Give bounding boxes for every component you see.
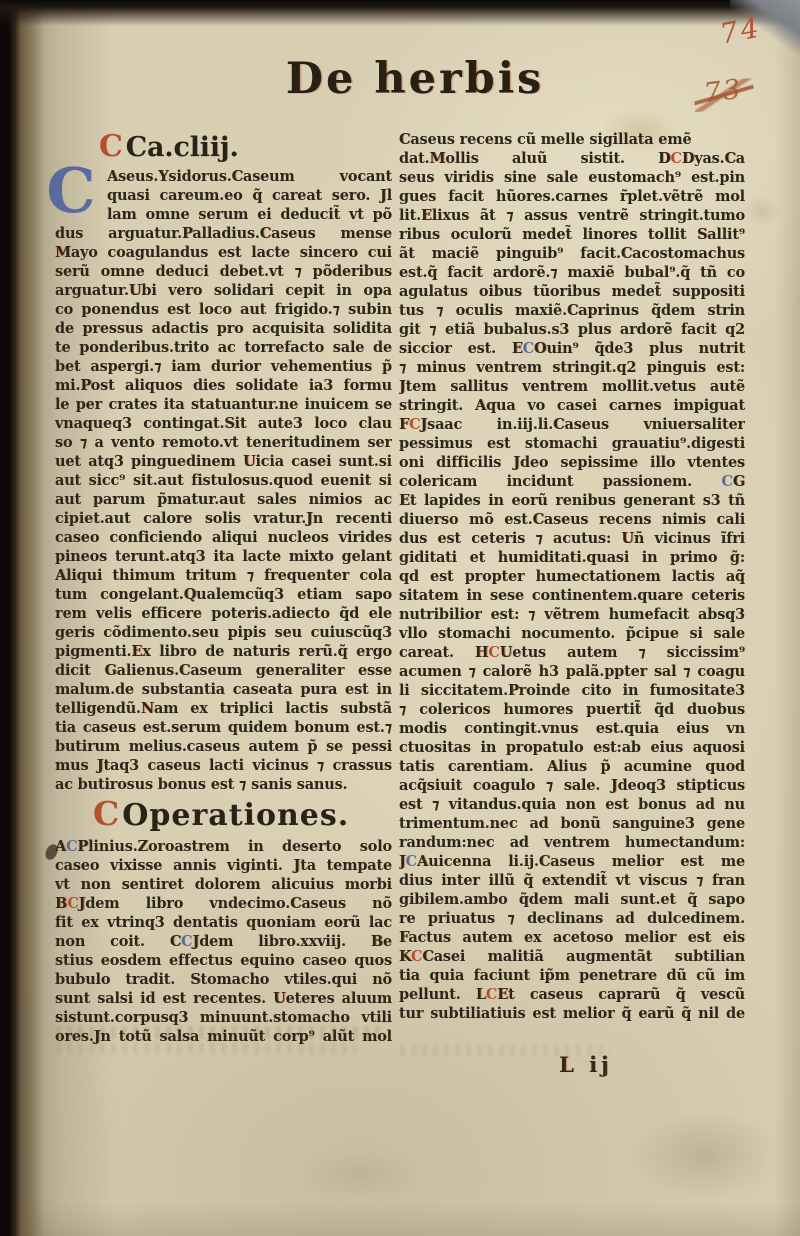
text-line: FCJsaac in.iij.li.Caseus vniuersaliter: [399, 415, 745, 434]
text-line: uet atq3 pinguedinem Uicia casei sunt.si: [55, 452, 392, 471]
text-line: aut sicc⁹ sit.aut fistulosus.quod euenit…: [55, 471, 392, 490]
text-line: sistunt.corpusq3 minuunt.stomacho vtili: [55, 1008, 392, 1027]
text-line: acumen ⁊ calorẽ h3 palã.ppter sal ⁊ coag…: [399, 662, 745, 681]
text-line: ribus oculorũ medet̃ linores tollit Sall…: [399, 225, 745, 244]
text-line: so ⁊ a vento remoto.vt teneritudinem ser: [55, 433, 392, 452]
binding-edge: [0, 0, 44, 1236]
text-line: est.q̃ facit ardorẽ.⁊ maxiẽ bubal⁹.q̃ tñ…: [399, 263, 745, 282]
text-line: caseo vixisse annis viginti. Jta tempate: [55, 856, 392, 875]
text-line: serũ omne deduci debet.vt ⁊ põderibus: [55, 262, 392, 281]
text-line: arguatur.Ubi vero solidari cepit in opa: [55, 281, 392, 300]
text-line: dus est ceteris ⁊ acutus: Uñ vicinus ĩfr…: [399, 529, 745, 548]
text-line: stius eosdem effectus equino caseo quos: [55, 951, 392, 970]
text-line: modis contingit.vnus est.quia eius vn: [399, 719, 745, 738]
signature-mark: L ij: [559, 1052, 613, 1077]
text-line: le per crates ita statuantur.ne inuicem …: [55, 395, 392, 414]
text-line: sunt salsi id est recentes. Ueteres aluu…: [55, 989, 392, 1008]
text-line: agulatus oibus tũoribus medet̃ suppositi: [399, 282, 745, 301]
text-line: sitatem in sese continentem.quare ceteri…: [399, 586, 745, 605]
text-line: dat.Mollis aluũ sistit. DCDyas.Ca: [399, 149, 745, 168]
text-line: gues facit hũores.carnes r̃plet.vẽtrẽ mo…: [399, 187, 745, 206]
text-line: pineos terunt.atq3 ita lacte mixto gelan…: [55, 547, 392, 566]
pilcrow-icon: C: [99, 129, 123, 164]
text-line: KCCasei malitiã augmentãt subtilian: [399, 947, 745, 966]
text-line: aut parum p̃matur.aut sales nimios ac: [55, 490, 392, 509]
pilcrow-icon: C: [671, 150, 682, 167]
text-line: acq̃siuit coagulo ⁊ sale. Jdeoq3 stiptic…: [399, 776, 745, 795]
text-line: vnaqueq3 contingat.Sit aute3 loco clau: [55, 414, 392, 433]
text-line: JCAuicenna li.ij.Caseus melior est me: [399, 852, 745, 871]
text-line: siccior est. ECOuin⁹ q̃de3 plus nutrit: [399, 339, 745, 358]
pilcrow-icon: C: [721, 473, 732, 490]
text-line: BCJdem libro vndecimo.Caseus nõ: [55, 894, 392, 913]
text-line: mi.Post aliquos dies solidate ia3 formu: [55, 376, 392, 395]
text-line: dicit Galienus.Caseum generaliter esse: [55, 661, 392, 680]
text-line: ac butirosus bonus est ⁊ sanis sanus.: [55, 775, 392, 794]
text-line: lam omne serum ei deducit̃ vt põ: [55, 205, 392, 224]
text-line: qd est propter humectationem lactis aq̃: [399, 567, 745, 586]
chapter-heading: CCa.cliij.: [99, 130, 392, 167]
text-line: co ponendus est loco aut frigido.⁊ subin: [55, 300, 392, 319]
page-top-edge: [0, 0, 800, 26]
text-line: Caseus recens cũ melle sigillata emẽ: [399, 130, 745, 149]
text-line: lit.Elixus ãt ⁊ assus ventrẽ stringit.tu…: [399, 206, 745, 225]
paragraph: C Aseus.Ysidorus.Caseum vocantquasi care…: [55, 167, 392, 794]
text-line: randum:nec ad ventrem humectandum:: [399, 833, 745, 852]
text-line: mus Jtaq3 caseus lacti vicinus ⁊ crassus: [55, 756, 392, 775]
text-line: vllo stomachi nocumento. p̃cipue si sale: [399, 624, 745, 643]
stain: [742, 196, 782, 226]
pilcrow-icon: C: [486, 986, 497, 1003]
pilcrow-icon: C: [181, 933, 192, 950]
section-title: Operationes.: [122, 798, 349, 833]
text-line: cipiet.aut calore solis vratur.Jn recent…: [55, 509, 392, 528]
pilcrow-icon: C: [406, 853, 417, 870]
pilcrow-icon: C: [411, 948, 422, 965]
text-line: tia caseus est.serum quidem bonum est.⁊: [55, 718, 392, 737]
text-line: ACPlinius.Zoroastrem in deserto solo: [55, 837, 392, 856]
text-line: est ⁊ vitandus.quia non est bonus ad nu: [399, 795, 745, 814]
text-line: dus arguatur.Palladius.Caseus mense: [55, 224, 392, 243]
text-line: diuerso mõ est.Caseus recens nimis cali: [399, 510, 745, 529]
pilcrow-icon: C: [93, 794, 120, 833]
text-line: Aseus.Ysidorus.Caseum vocant: [55, 167, 392, 186]
paragraph: Caseus recens cũ melle sigillata emẽdat.…: [399, 130, 745, 1023]
text-line: pellunt. LCEt caseus caprarũ q̃ vescũ: [399, 985, 745, 1004]
running-title: De herbis: [0, 54, 800, 104]
pilcrow-icon: C: [523, 340, 534, 357]
text-line: tatis carentiam. Alius p̃ acumine quod: [399, 757, 745, 776]
text-line: te ponderibus.trito ac torrefacto sale d…: [55, 338, 392, 357]
text-line: rem velis efficere poteris.adiecto q̃d e…: [55, 604, 392, 623]
text-line: trimentum.nec ad bonũ sanguine3 gene: [399, 814, 745, 833]
text-line: pessimus est stomachi grauatiu⁹.digesti: [399, 434, 745, 453]
pilcrow-icon: C: [67, 895, 78, 912]
text-line: re priuatus ⁊ declinans ad dulcedinem.: [399, 909, 745, 928]
text-line: telligendũ.Nam ex triplici lactis substã: [55, 699, 392, 718]
text-line: ores.Jn totũ salsa minuũt corp⁹ alũt mol: [55, 1027, 392, 1046]
text-line: tum congelant.Qualemcũq3 etiam sapo: [55, 585, 392, 604]
pilcrow-icon: C: [409, 416, 420, 433]
text-line: gibilem.ambo q̃dem mali sunt.et q̃ sapo: [399, 890, 745, 909]
text-line: butirum melius.caseus autem p̃ se pessi: [55, 737, 392, 756]
drop-cap-initial: C: [41, 163, 101, 221]
text-line: Jtem sallitus ventrem mollit.vetus autẽ: [399, 377, 745, 396]
text-line: careat. HCUetus autem ⁊ siccissim⁹: [399, 643, 745, 662]
text-line: bet aspergi.⁊ iam durior vehementius p̃: [55, 357, 392, 376]
scanned-book-photo: 74 73 De herbis CCa.cliij. C Aseus.Ysido…: [0, 0, 800, 1236]
text-line: de pressus adactis pro acquisita solidit…: [55, 319, 392, 338]
text-line: giditati et humiditati.quasi in primo g̃…: [399, 548, 745, 567]
text-line: dius inter illũ q̃ extendit̃ vt viscus ⁊…: [399, 871, 745, 890]
text-line: ãt maciẽ pinguib⁹ facit.Cacostomachus: [399, 244, 745, 263]
text-line: malum.de substantia caseata pura est in: [55, 680, 392, 699]
text-line: bubulo tradit. Stomacho vtiles.qui nõ: [55, 970, 392, 989]
pilcrow-icon: C: [488, 644, 499, 661]
text-line: vt non sentiret dolorem alicuius morbi: [55, 875, 392, 894]
stain: [630, 1110, 780, 1200]
text-line: nutribilior est: ⁊ vẽtrem humefacit absq…: [399, 605, 745, 624]
text-line: li siccitatem.Proinde cito in fumositate…: [399, 681, 745, 700]
text-line: tur subtiliatiuis est melior q̃ earũ q̃ …: [399, 1004, 745, 1023]
text-line: Factus autem ex acetoso melior est eis: [399, 928, 745, 947]
text-line: colericam incidunt passionem. CG: [399, 472, 745, 491]
text-line: fit ex vtrinq3 dentatis quoniam eorũ lac: [55, 913, 392, 932]
text-line: seus viridis sine sale eustomach⁹ est.pi…: [399, 168, 745, 187]
text-column-left: CCa.cliij. C Aseus.Ysidorus.Caseum vocan…: [55, 130, 392, 1046]
text-line: ⁊ colericos humores puertit̃ q̃d duobus: [399, 700, 745, 719]
text-line: pigmenti.Ex libro de naturis rerũ.q̃ erg…: [55, 642, 392, 661]
text-line: non coit. CCJdem libro.xxviij. Be: [55, 932, 392, 951]
text-line: ctuositas in propatulo est:ab eius aquos…: [399, 738, 745, 757]
section-heading: COperationes.: [93, 794, 392, 837]
text-line: tia quia faciunt ip̃m penetrare dũ cũ im: [399, 966, 745, 985]
text-line: ⁊ minus ventrem stringit.q2 pinguis est:: [399, 358, 745, 377]
text-line: Aliqui thimum tritum ⁊ frequenter cola: [55, 566, 392, 585]
text-line: stringit. Aqua vo casei carnes impiguat: [399, 396, 745, 415]
text-line: caseo conficiendo aliqui nucleos virides: [55, 528, 392, 547]
text-line: git ⁊ etiã bubalus.s3 plus ardorẽ facit …: [399, 320, 745, 339]
text-line: Mayo coagulandus est lacte sincero cui: [55, 243, 392, 262]
chapter-number: Ca.cliij.: [126, 132, 239, 163]
paragraph: ACPlinius.Zoroastrem in deserto solocase…: [55, 837, 392, 1046]
text-line: quasi careum.eo q̃ careat sero. Jl: [55, 186, 392, 205]
text-line: tus ⁊ oculis maxiẽ.Caprinus q̃dem strin: [399, 301, 745, 320]
pilcrow-icon: C: [66, 838, 77, 855]
text-line: geris cõdimento.seu pipis seu cuiuscũq3: [55, 623, 392, 642]
text-column-right: Caseus recens cũ melle sigillata emẽdat.…: [399, 130, 745, 1023]
stain: [300, 1150, 420, 1200]
text-line: Et lapides in eorũ renibus generant s3 t…: [399, 491, 745, 510]
text-line: oni difficilis Jdeo sepissime illo vtent…: [399, 453, 745, 472]
